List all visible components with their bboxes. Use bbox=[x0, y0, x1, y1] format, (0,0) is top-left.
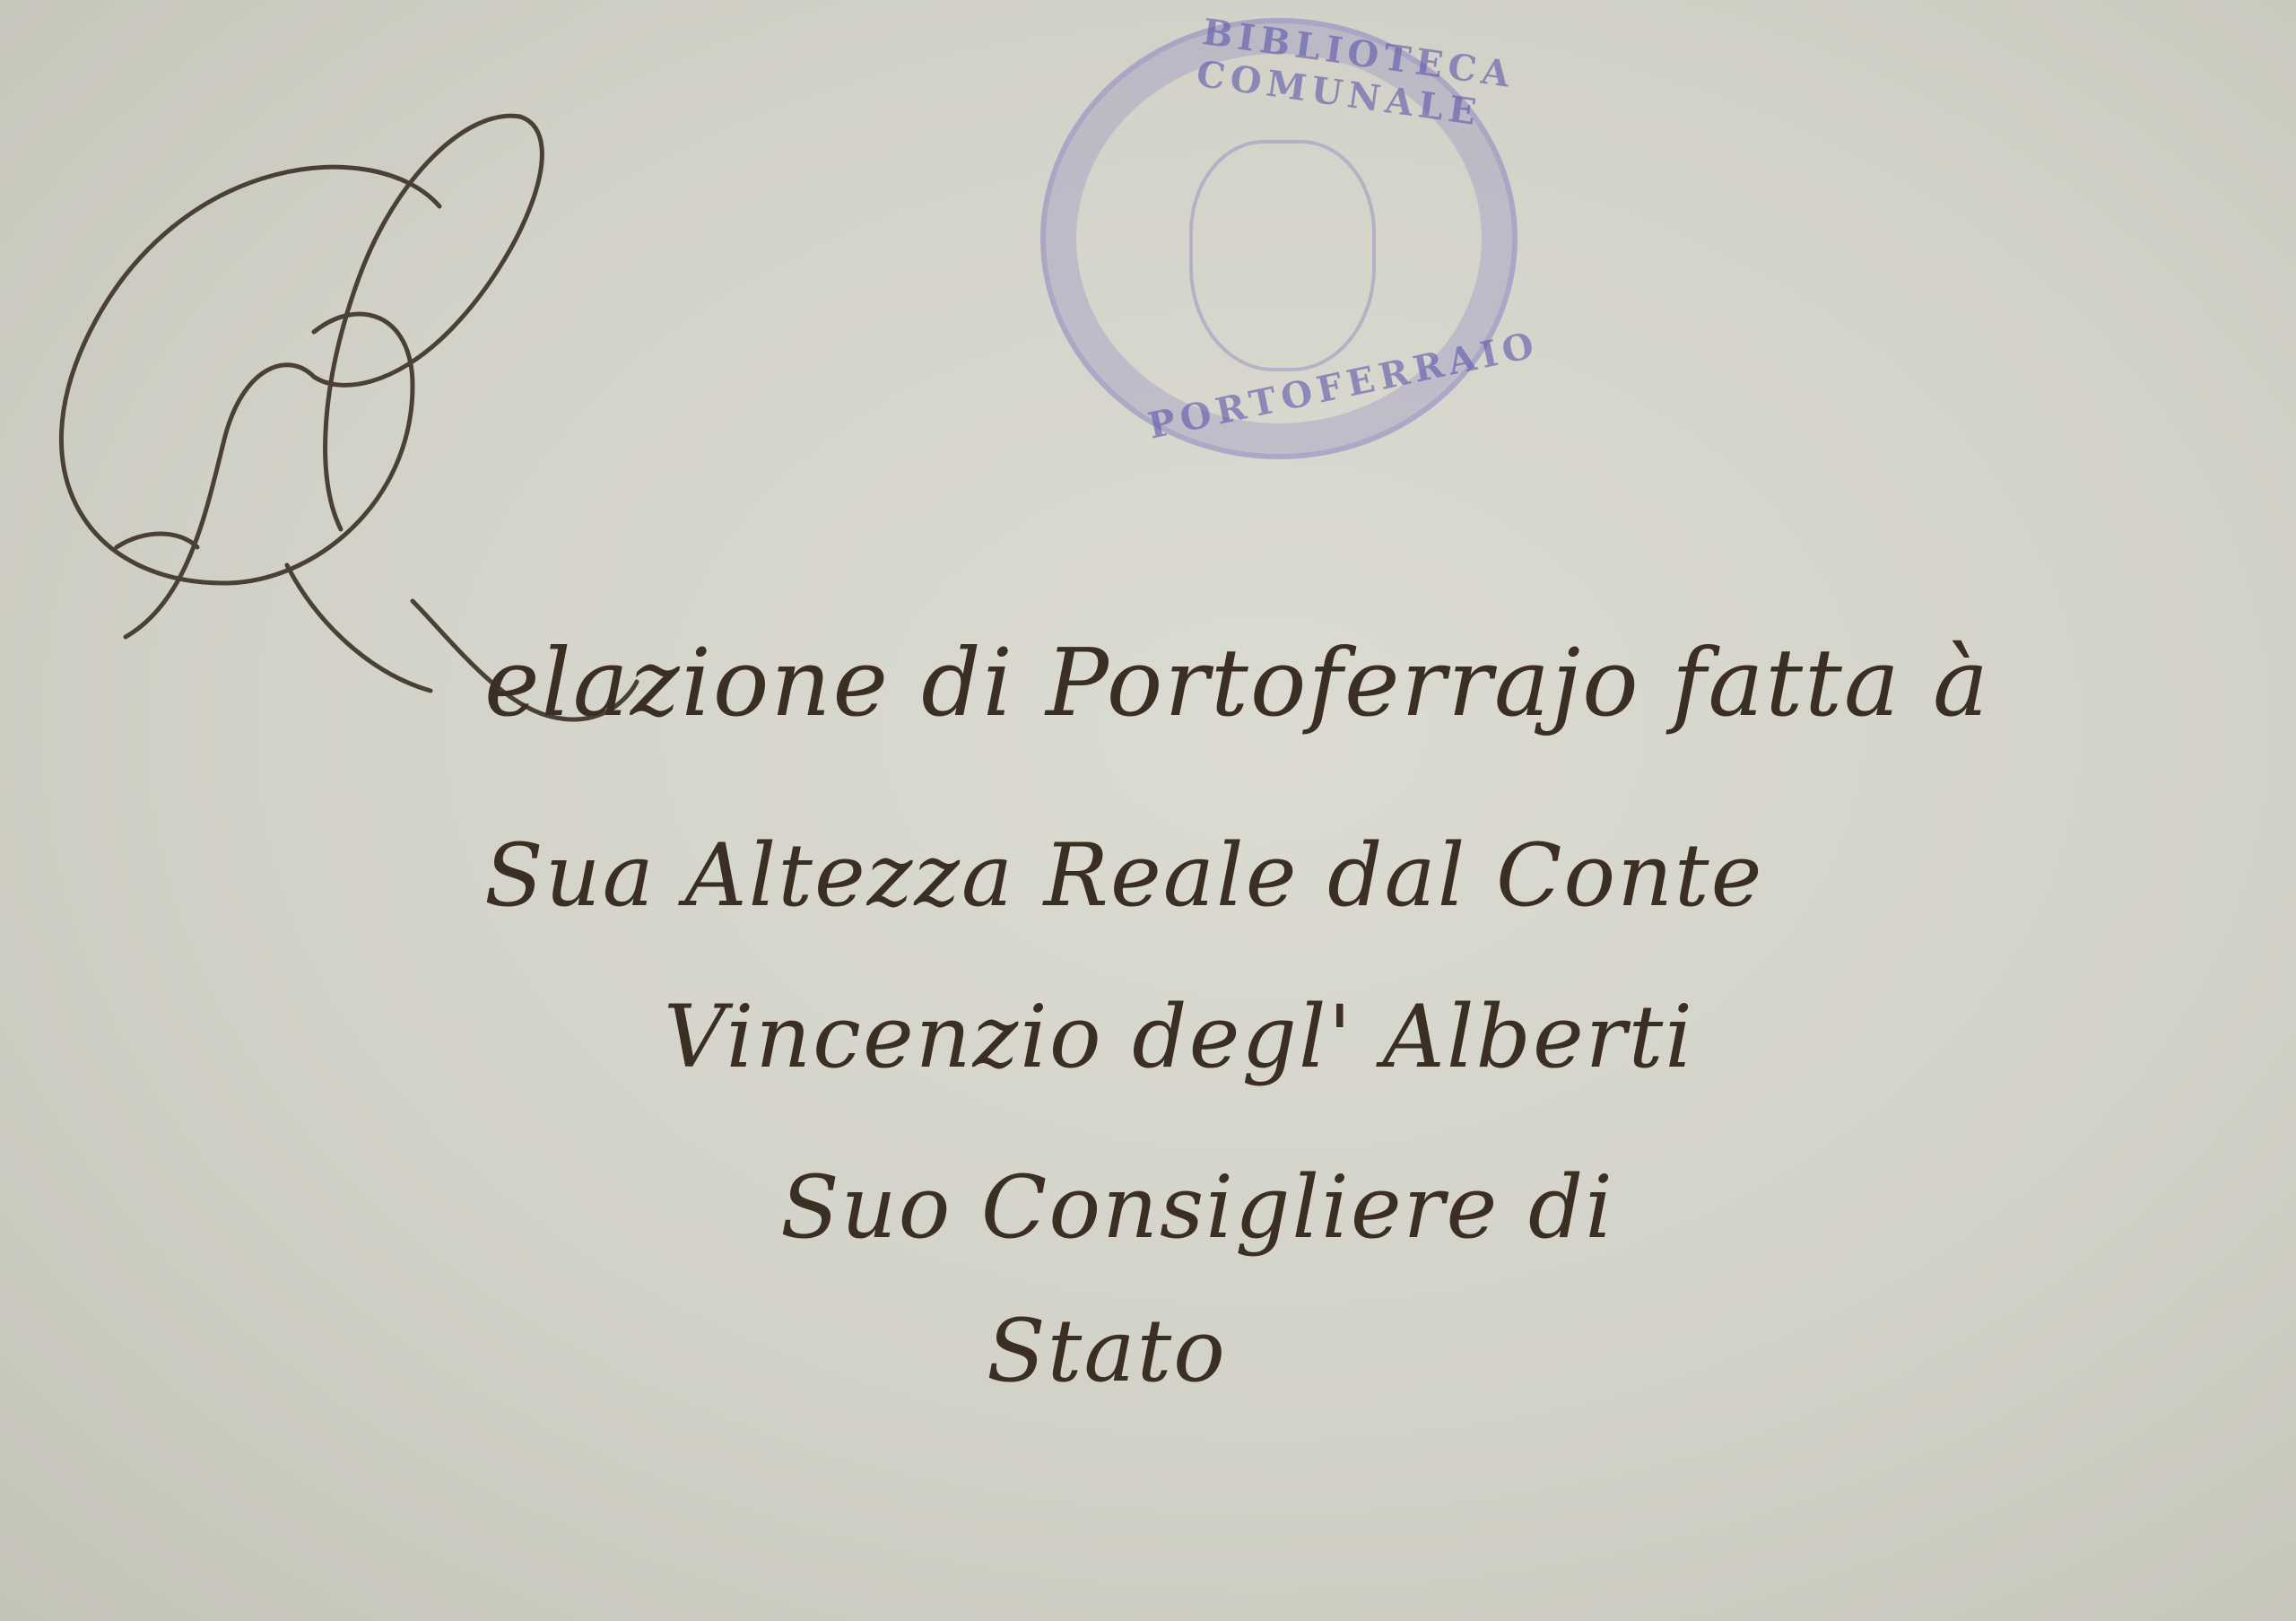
title-line-3: Vincenzio degl' Alberti bbox=[664, 987, 1694, 1087]
title-line-4: Suo Consigliere di bbox=[780, 1157, 1614, 1258]
library-stamp: BIBLIOTECA COMUNALE PORTOFERRAIO bbox=[1040, 18, 1518, 459]
stamp-text-top: BIBLIOTECA COMUNALE bbox=[1194, 11, 1518, 138]
title-line-2: Sua Altezza Reale dal Conte bbox=[484, 825, 1763, 926]
manuscript-page: BIBLIOTECA COMUNALE PORTOFERRAIO elazion… bbox=[0, 0, 2296, 1621]
title-line-1: elazione di Portoferrajo fatta à bbox=[484, 628, 1990, 737]
title-line-5: Stato bbox=[987, 1301, 1227, 1401]
stamp-emblem-icon bbox=[1189, 140, 1376, 371]
